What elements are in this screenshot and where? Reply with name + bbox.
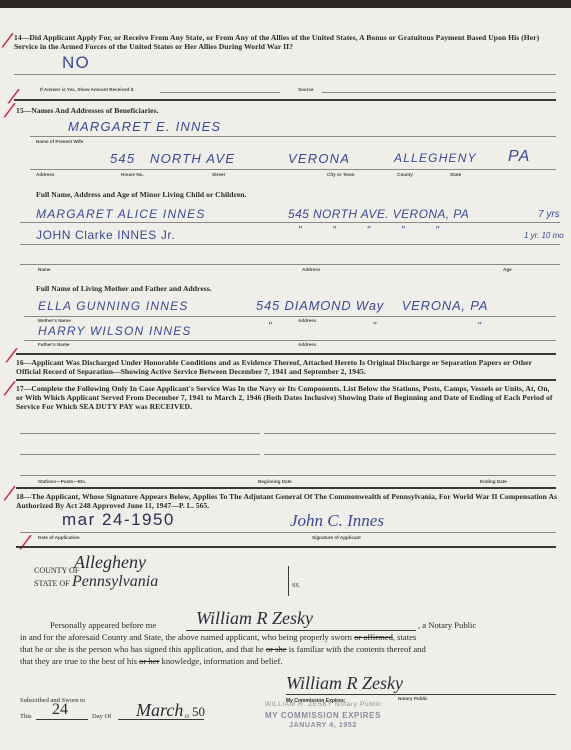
notary-signature[interactable]: William R Zesky	[286, 673, 403, 694]
county[interactable]: ALLEGHENY	[394, 151, 477, 165]
child-1-age[interactable]: 7 yrs	[538, 209, 560, 220]
county-value[interactable]: Allegheny	[74, 552, 146, 573]
parents-heading: Full Name of Living Mother and Father an…	[36, 284, 212, 293]
children-heading: Full Name, Address and Age of Minor Livi…	[36, 190, 247, 199]
ss-bracket	[288, 566, 289, 596]
source-label: Source	[298, 87, 314, 92]
stations-label: Stations—Posts—Etc.	[38, 479, 86, 484]
day-value[interactable]: 24	[52, 701, 68, 719]
notary-name[interactable]: William R Zesky	[196, 608, 313, 629]
application-form-page: / 14—Did Applicant Apply For, or Receive…	[0, 8, 571, 750]
child-2-age[interactable]: 1 yr. 10 mo	[524, 231, 564, 240]
mother-address[interactable]: 545 DIAMOND Way VERONA, PA	[256, 298, 488, 313]
child-1-name[interactable]: MARGARET ALICE INNES	[36, 207, 206, 221]
checkmark-icon: /	[3, 481, 14, 508]
child-age-label: Age	[503, 267, 512, 272]
stamp-line-3: JANUARY 4, 1952	[258, 722, 388, 729]
q15-text: 15—Names And Addresses of Beneficiaries.	[16, 106, 159, 115]
this-label: This	[20, 711, 32, 723]
notary-paragraph-line-2: that he or she is the person who has sig…	[20, 644, 560, 656]
year-prefix: 19	[184, 712, 189, 724]
mother-label: Mother's Name	[38, 318, 71, 323]
child-1-address[interactable]: 545 NORTH AVE. VERONA, PA	[288, 207, 469, 221]
county-label: County	[397, 172, 413, 177]
date-field[interactable]	[264, 454, 556, 455]
house-no[interactable]: 545	[110, 151, 135, 166]
state-value[interactable]: Pennsylvania	[72, 573, 158, 591]
ending-date-label: Ending Date	[480, 479, 507, 484]
source-field[interactable]	[322, 92, 556, 93]
notary-paragraph-line-1: in and for the aforesaid County and Stat…	[20, 632, 560, 644]
father-address[interactable]: " " " " "	[268, 321, 571, 332]
date-of-application-label: Date of Application	[38, 535, 80, 540]
checkmark-icon: /	[3, 376, 14, 403]
child-2-name[interactable]: JOHN Clarke INNES Jr.	[36, 228, 175, 242]
wife-name[interactable]: MARGARET E. INNES	[68, 119, 221, 134]
appeared-prefix: Personally appeared before me	[50, 620, 156, 632]
notary-paragraph-line-3: that they are true to the best of his or…	[20, 656, 560, 668]
year-value[interactable]: 50	[192, 704, 205, 720]
house-no-label: House No.	[121, 172, 144, 177]
state-of-label: STATE OF	[34, 578, 70, 590]
notary-public-label: Notary Public	[398, 696, 428, 701]
street-label: Street	[212, 172, 225, 177]
beginning-date-label: Beginning Date	[258, 479, 292, 484]
address-label: Address	[36, 172, 54, 177]
child-address-label: Address	[302, 267, 320, 272]
day-of-label: Day Of	[92, 711, 111, 723]
station-field[interactable]	[20, 454, 260, 455]
q18-text: 18—The Applicant, Whose Signature Appear…	[16, 492, 558, 510]
signature-label: Signature of Applicant	[312, 535, 361, 540]
date-field[interactable]	[264, 433, 556, 434]
father-label: Father's Name	[38, 342, 69, 347]
applicant-signature[interactable]: John C. Innes	[290, 511, 384, 531]
stamp-line-1: WILLIAM R. ZESKY Notary Public	[258, 701, 388, 708]
q14-text: 14—Did Applicant Apply For, or Receive F…	[14, 33, 559, 51]
state[interactable]: PA	[508, 148, 531, 166]
amount-field[interactable]	[160, 92, 280, 93]
application-date[interactable]: mar 24-1950	[62, 510, 175, 530]
street[interactable]: NORTH AVE	[150, 151, 235, 166]
appeared-suffix: , a Notary Public	[418, 620, 476, 632]
q16-text: 16—Applicant Was Discharged Under Honora…	[16, 358, 558, 376]
child-2-address[interactable]: " " " " "	[298, 225, 453, 236]
station-field[interactable]	[20, 475, 556, 476]
stamp-line-2: MY COMMISSION EXPIRES	[250, 711, 396, 720]
state-label: State	[450, 172, 461, 177]
checkmark-icon: /	[19, 530, 30, 557]
month-value[interactable]: March	[136, 700, 183, 721]
child-name-label: Name	[38, 267, 51, 272]
father-address-label: Address	[298, 342, 316, 347]
amount-label: If Answer is Yes, Show Amount Received $	[40, 87, 133, 92]
wife-label: Name of Present Wife	[36, 139, 83, 144]
checkmark-icon: /	[3, 98, 14, 125]
mother-name[interactable]: ELLA GUNNING INNES	[38, 299, 189, 313]
q17-text: 17—Complete the Following Only In Case A…	[16, 384, 558, 411]
city-label: City or Town	[327, 172, 354, 177]
q14-answer[interactable]: NO	[62, 53, 90, 73]
city[interactable]: VERONA	[288, 151, 350, 166]
checkmark-icon: /	[1, 28, 12, 55]
ss-label: SS.	[292, 581, 300, 593]
station-field[interactable]	[20, 433, 260, 434]
father-name[interactable]: HARRY WILSON INNES	[38, 324, 192, 338]
